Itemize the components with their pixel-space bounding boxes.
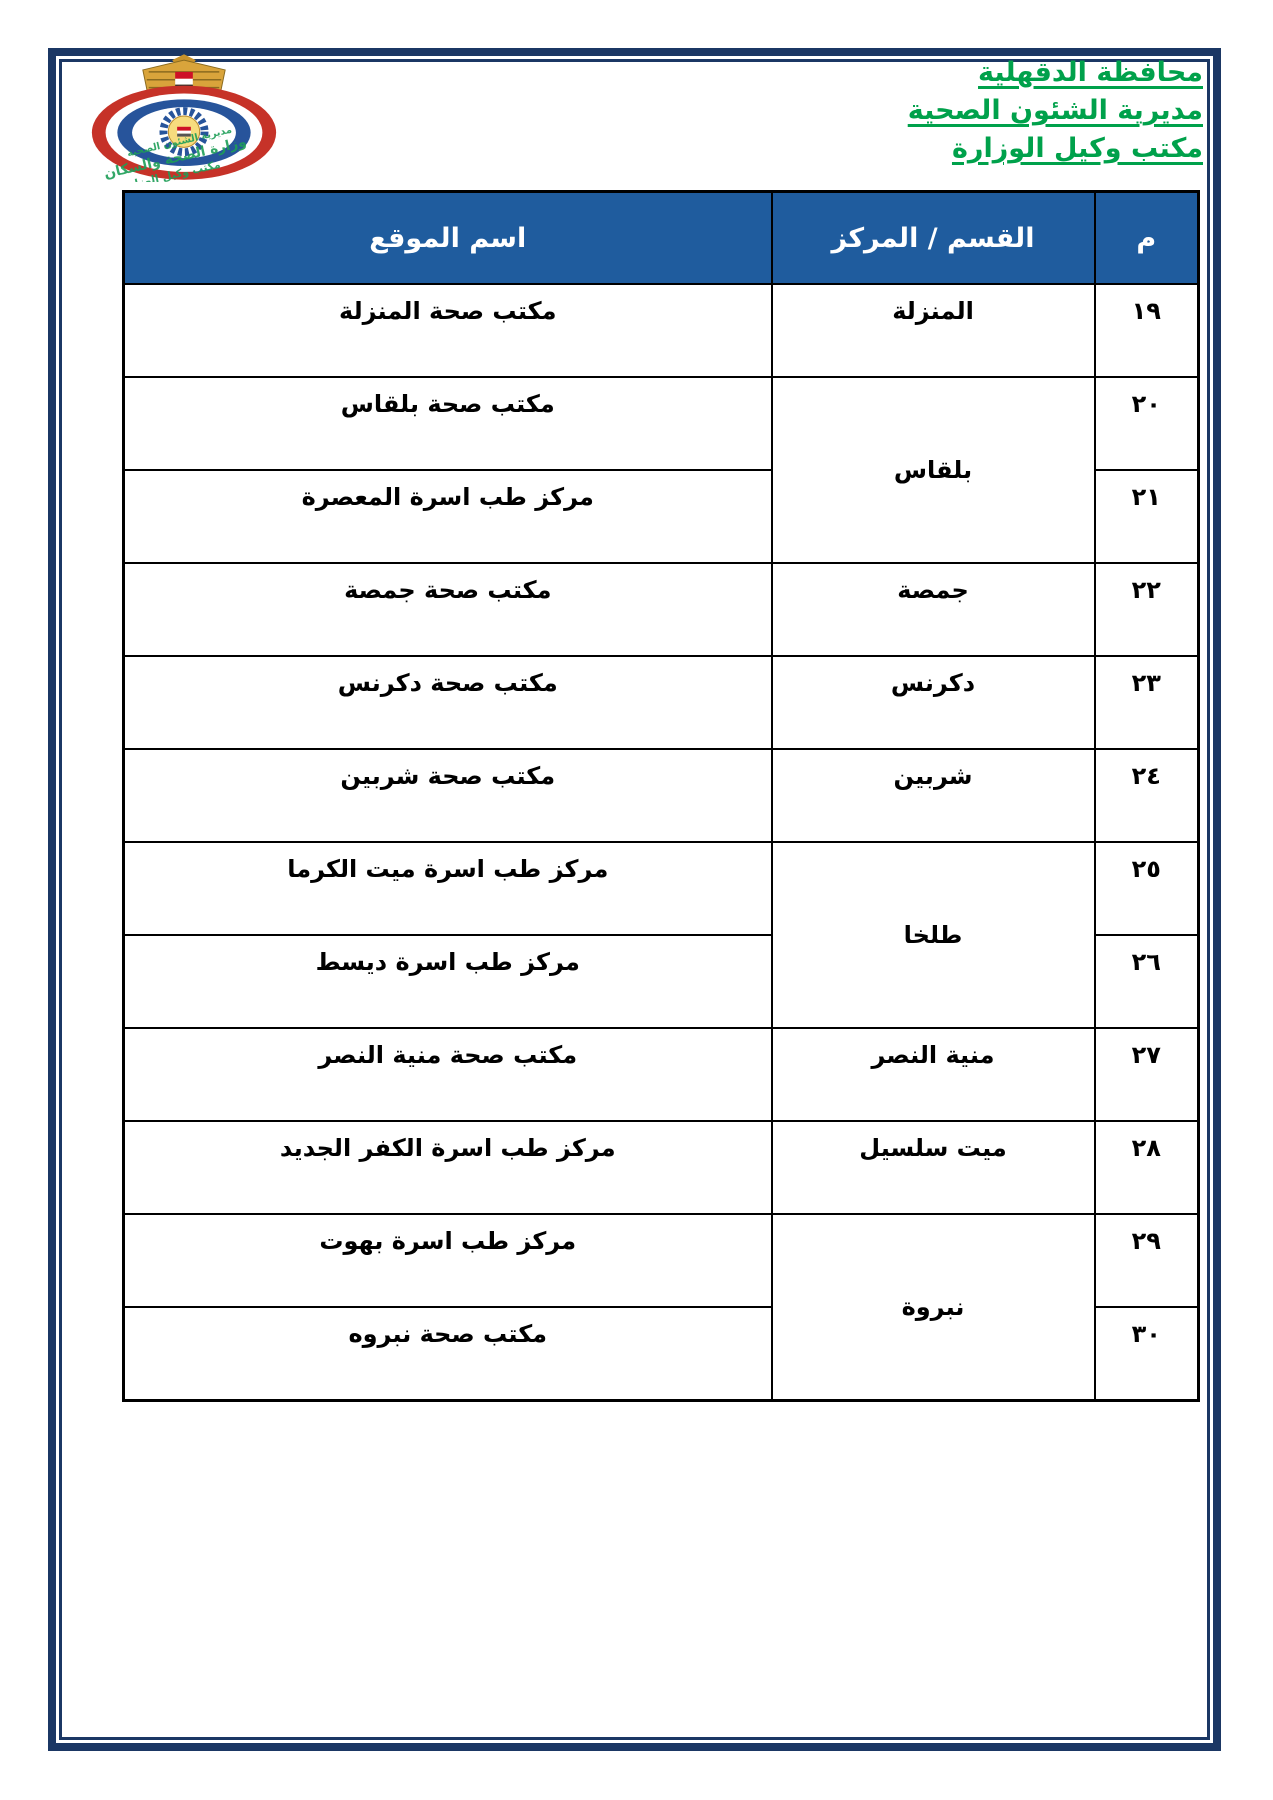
document-page: مديرية الشئون الصحية وزارة الصحة والسكان… [0,0,1273,1800]
serial-cell: ٢١ [1095,470,1199,563]
district-cell: منية النصر [772,1028,1095,1121]
letterhead-directorate: مديرية الشئون الصحية [908,92,1203,130]
serial-cell: ٢٢ [1095,563,1199,656]
district-cell: شربين [772,749,1095,842]
table-row: ٢٨ميت سلسيلمركز طب اسرة الكفر الجديد [124,1121,1199,1214]
table-row: ٢٩نبروةمركز طب اسرة بهوت [124,1214,1199,1307]
site-cell: مركز طب اسرة بهوت [124,1214,772,1307]
health-sites-table: م القسم / المركز اسم الموقع ١٩المنزلةمكت… [122,190,1200,1402]
site-cell: مركز طب اسرة ميت الكرما [124,842,772,935]
letterhead: محافظة الدقهلية مديرية الشئون الصحية مكت… [908,54,1203,168]
serial-cell: ٢٣ [1095,656,1199,749]
site-cell: مكتب صحة منية النصر [124,1028,772,1121]
serial-cell: ٢٨ [1095,1121,1199,1214]
district-cell: دكرنس [772,656,1095,749]
site-cell: مركز طب اسرة المعصرة [124,470,772,563]
table-row: ١٩المنزلةمكتب صحة المنزلة [124,284,1199,377]
district-cell: المنزلة [772,284,1095,377]
letterhead-office: مكتب وكيل الوزارة [908,130,1203,168]
serial-cell: ٣٠ [1095,1307,1199,1401]
site-cell: مركز طب اسرة ديسط [124,935,772,1028]
table-row: ٢٥طلخامركز طب اسرة ميت الكرما [124,842,1199,935]
site-cell: مكتب صحة نبروه [124,1307,772,1401]
column-header-site: اسم الموقع [124,192,772,285]
table-row: ٢٤شربينمكتب صحة شربين [124,749,1199,842]
sites-table-body: ١٩المنزلةمكتب صحة المنزلة٢٠بلقاسمكتب صحة… [124,284,1199,1401]
site-cell: مكتب صحة جمصة [124,563,772,656]
table-row: ٢٠بلقاسمكتب صحة بلقاس [124,377,1199,470]
serial-cell: ٢٠ [1095,377,1199,470]
site-cell: مكتب صحة شربين [124,749,772,842]
serial-cell: ٢٦ [1095,935,1199,1028]
district-cell: بلقاس [772,377,1095,563]
table-row: ٢٣دكرنسمكتب صحة دكرنس [124,656,1199,749]
ministry-emblem-icon: مديرية الشئون الصحية وزارة الصحة والسكان… [86,50,282,182]
serial-cell: ٢٤ [1095,749,1199,842]
site-cell: مكتب صحة بلقاس [124,377,772,470]
column-header-district: القسم / المركز [772,192,1095,285]
site-cell: مكتب صحة دكرنس [124,656,772,749]
district-cell: جمصة [772,563,1095,656]
district-cell: نبروة [772,1214,1095,1401]
column-header-serial: م [1095,192,1199,285]
serial-cell: ٢٩ [1095,1214,1199,1307]
district-cell: ميت سلسيل [772,1121,1095,1214]
serial-cell: ٢٥ [1095,842,1199,935]
serial-cell: ٢٧ [1095,1028,1199,1121]
district-cell: طلخا [772,842,1095,1028]
table-row: ٢٧منية النصرمكتب صحة منية النصر [124,1028,1199,1121]
ministry-logo: مديرية الشئون الصحية وزارة الصحة والسكان… [86,50,282,182]
site-cell: مركز طب اسرة الكفر الجديد [124,1121,772,1214]
serial-cell: ١٩ [1095,284,1199,377]
table-row: ٢٢جمصةمكتب صحة جمصة [124,563,1199,656]
letterhead-governorate: محافظة الدقهلية [908,54,1203,92]
table-header-row: م القسم / المركز اسم الموقع [124,192,1199,285]
site-cell: مكتب صحة المنزلة [124,284,772,377]
